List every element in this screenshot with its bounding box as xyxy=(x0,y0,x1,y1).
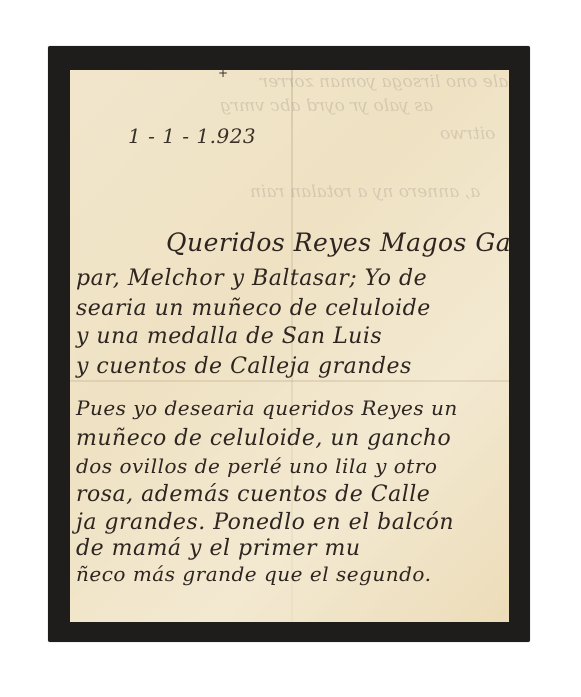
letter-line: de mamá y el primer mu xyxy=(76,536,361,561)
bleed-through-text: a, annero ny a rotalan rain xyxy=(250,182,480,202)
letter-line: ñeco más grande que el segundo. xyxy=(76,562,431,586)
bleed-through-text: oitrwo xyxy=(440,124,495,144)
letter-paper: ale ono lirsoga yoman zorrer as yalo yr … xyxy=(70,70,509,622)
letter-line: searia un muñeco de celuloide xyxy=(76,296,431,321)
letter-line: muñeco de celuloide, un gancho xyxy=(76,426,451,451)
horizontal-fold-crease xyxy=(70,380,509,382)
letter-line: y una medalla de San Luis xyxy=(76,324,382,349)
letter-line: y cuentos de Calleja grandes xyxy=(76,354,412,379)
letter-line: rosa, además cuentos de Calle xyxy=(76,482,430,507)
mourning-border-card: ale ono lirsoga yoman zorrer as yalo yr … xyxy=(48,46,530,642)
bleed-through-text: as yalo yr oyrd abc vmrg xyxy=(220,96,433,116)
letter-line: dos ovillos de perlé uno lila y otro xyxy=(76,454,437,478)
bleed-through-text: ale ono lirsoga yoman zorrer xyxy=(260,72,508,92)
letter-line: ja grandes. Ponedlo en el balcón xyxy=(76,510,454,535)
letter-salutation: Queridos Reyes Magos Gas xyxy=(166,228,509,257)
letter-date: 1 - 1 - 1.923 xyxy=(128,124,256,148)
cross-mark: + xyxy=(218,70,228,80)
letter-line: Pues yo desearia queridos Reyes un xyxy=(76,396,458,420)
letter-line: par, Melchor y Baltasar; Yo de xyxy=(76,266,427,291)
